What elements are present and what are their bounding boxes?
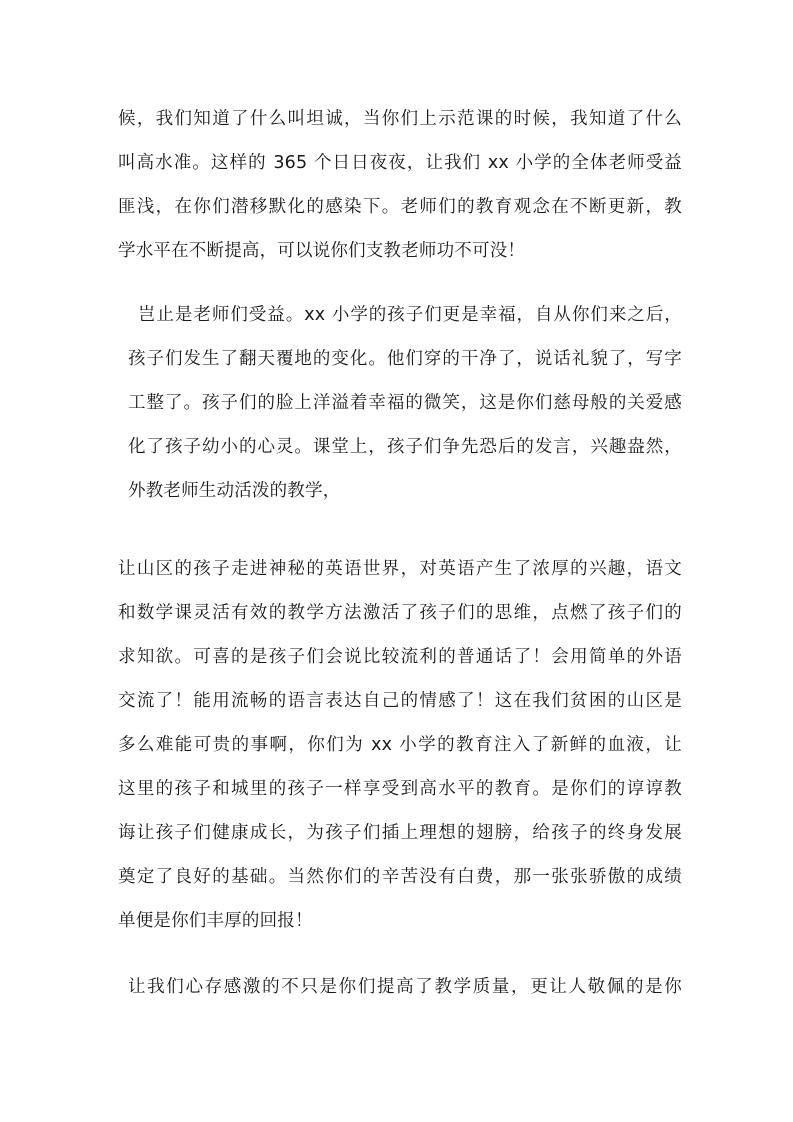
text-line: 工整了。孩子们的脸上洋溢着幸福的微笑，这是你们慈母般的关爱感: [118, 381, 682, 425]
text-line: 孩子们发生了翻天覆地的变化。他们穿的干净了，说话礼貌了，写字: [118, 337, 682, 381]
text-line: 求知欲。可喜的是孩子们会说比较流利的普通话了！会用简单的外语: [118, 635, 682, 679]
text-line: 外教老师生动活泼的教学，: [118, 469, 682, 513]
text-line: 诲让孩子们健康成长，为孩子们插上理想的翅膀，给孩子的终身发展: [118, 811, 682, 855]
text-line: 让我们心存感激的不只是你们提高了教学质量，更让人敬佩的是你: [118, 965, 682, 1009]
text-line: 让山区的孩子走进神秘的英语世界，对英语产生了浓厚的兴趣，语文: [118, 547, 682, 591]
paragraph-1: 候，我们知道了什么叫坦诚，当你们上示范课的时候，我知道了什么 叫高水准。这样的 …: [118, 97, 682, 273]
paragraph-2: 岂止是老师们受益。xx 小学的孩子们更是幸福，自从你们来之后， 孩子们发生了翻天…: [118, 293, 682, 513]
paragraph-4: 让我们心存感激的不只是你们提高了教学质量，更让人敬佩的是你: [118, 965, 682, 1009]
text-line: 多么难能可贵的事啊，你们为 xx 小学的教育注入了新鲜的血液，让: [118, 723, 682, 767]
text-line: 交流了！能用流畅的语言表达自己的情感了！这在我们贫困的山区是: [118, 679, 682, 723]
text-line: 候，我们知道了什么叫坦诚，当你们上示范课的时候，我知道了什么: [118, 97, 682, 141]
text-line: 学水平在不断提高，可以说你们支教老师功不可没！: [118, 229, 682, 273]
text-line: 单便是你们丰厚的回报！: [118, 899, 682, 943]
text-line: 奠定了良好的基础。当然你们的辛苦没有白费，那一张张骄傲的成绩: [118, 855, 682, 899]
text-line: 化了孩子幼小的心灵。课堂上，孩子们争先恐后的发言，兴趣盎然，: [118, 425, 682, 469]
text-line: 这里的孩子和城里的孩子一样享受到高水平的教育。是你们的谆谆教: [118, 767, 682, 811]
paragraph-3: 让山区的孩子走进神秘的英语世界，对英语产生了浓厚的兴趣，语文 和数学课灵活有效的…: [118, 547, 682, 943]
text-line: 和数学课灵活有效的教学方法激活了孩子们的思维，点燃了孩子们的: [118, 591, 682, 635]
text-line: 匪浅，在你们潜移默化的感染下。老师们的教育观念在不断更新，教: [118, 185, 682, 229]
text-line: 叫高水准。这样的 365 个日日夜夜，让我们 xx 小学的全体老师受益: [118, 141, 682, 185]
text-line: 岂止是老师们受益。xx 小学的孩子们更是幸福，自从你们来之后，: [118, 293, 682, 337]
